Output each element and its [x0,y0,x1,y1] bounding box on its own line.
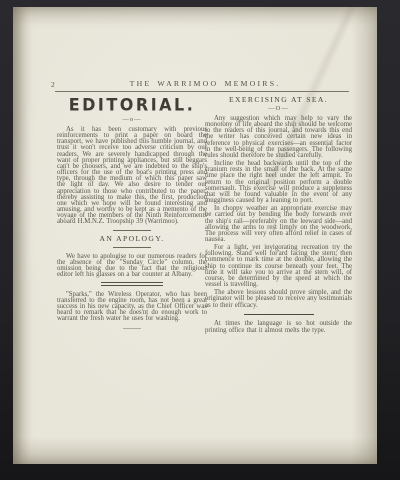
left-column: EDITORIAL. —o— As it has been customary … [57,95,207,329]
right-column: EXERCISING AT SEA. —O— Any suggestion wh… [205,93,352,336]
heavy-rule-divider [244,314,314,316]
exercising-ornament: —O— [205,105,352,112]
editorial-heading: EDITORIAL. [57,95,207,115]
apology-heading: AN APOLOGY. [57,234,207,243]
faint-end-divider [123,328,141,329]
apology-paragraph: We have to apologise to our numerous rea… [57,254,207,279]
exercising-paragraph: In choppy weather an appropriate exercis… [205,206,352,243]
section-divider [113,230,151,231]
exercising-heading: EXERCISING AT SEA. [205,95,352,104]
exercising-paragraph: Any suggestion which may help to vary th… [205,116,352,159]
page-number: 2 [51,80,55,89]
masthead-title: THE WARRIMOO MEMOIRS. [57,79,353,88]
sparks-paragraph: "Sparks," the Wireless Operator, who has… [57,292,207,323]
editorial-ornament: —o— [57,116,207,123]
filler-paragraph: At times the language is so hot outside … [205,321,352,333]
exercising-paragraph: The above lessons should prove simple, a… [205,290,352,308]
exercising-paragraph: For a light, yet invigorating recreation… [205,245,352,288]
heading-underline [113,247,151,248]
exercising-paragraph: Incline the head backwards until the top… [205,161,352,204]
newspaper-page: 2 THE WARRIMOO MEMOIRS. EDITORIAL. —o— A… [13,7,377,464]
double-rule-divider [101,282,163,286]
masthead-rule [55,91,349,92]
editorial-paragraph: As it has been customary with previous r… [57,127,207,226]
